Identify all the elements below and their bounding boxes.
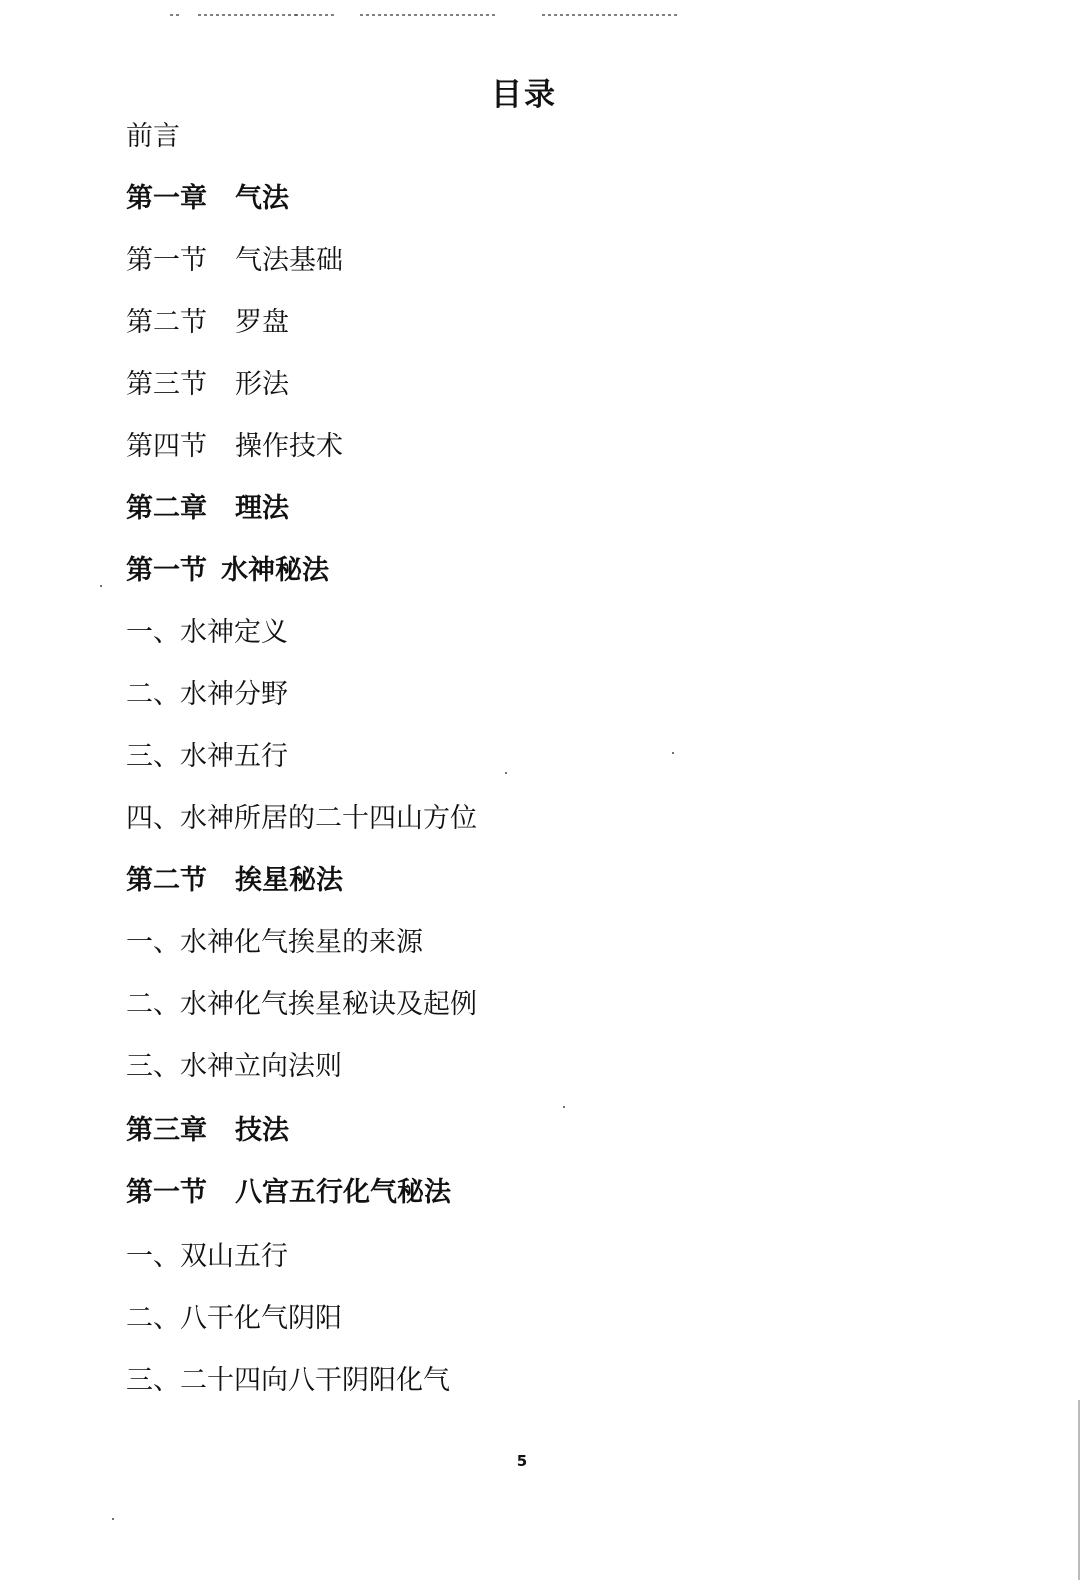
- toc-section: 第二节挨星秘法: [126, 862, 343, 900]
- toc-section: 第三节形法: [126, 366, 289, 404]
- toc-section: 第二节罗盘: [126, 304, 289, 342]
- scan-speck: [505, 772, 507, 774]
- toc-chapter: 第一章气法: [126, 180, 289, 218]
- toc-subitem: 一、水神定义: [126, 614, 288, 652]
- page-title: 目录: [0, 69, 1048, 114]
- toc-subitem: 二、水神分野: [126, 676, 288, 714]
- toc-section: 第一节气法基础: [126, 242, 343, 280]
- scan-header-artifact: [170, 12, 680, 18]
- toc-subitem: 三、二十四向八干阴阳化气: [126, 1362, 450, 1400]
- toc-section: 第一节水神秘法: [126, 552, 329, 590]
- toc-item: 前言: [126, 118, 180, 156]
- scan-speck: [100, 585, 102, 587]
- toc-subitem: 一、水神化气挨星的来源: [126, 924, 423, 962]
- toc-subitem: 三、水神立向法则: [126, 1048, 342, 1086]
- toc-chapter: 第三章技法: [126, 1112, 289, 1150]
- scan-speck: [112, 1518, 114, 1520]
- page-number: 5: [0, 1452, 1044, 1470]
- toc-subitem: 三、水神五行: [126, 738, 288, 776]
- toc-subitem: 二、八干化气阴阳: [126, 1300, 342, 1338]
- scan-speck: [672, 752, 674, 754]
- toc-section: 第四节操作技术: [126, 428, 343, 466]
- toc-subitem: 二、水神化气挨星秘诀及起例: [126, 986, 477, 1024]
- toc-chapter: 第二章理法: [126, 490, 289, 528]
- toc-section: 第一节八宫五行化气秘法: [126, 1174, 451, 1212]
- toc-subitem: 四、水神所居的二十四山方位: [126, 800, 477, 838]
- toc-subitem: 一、双山五行: [126, 1238, 288, 1276]
- scan-speck: [563, 1106, 565, 1108]
